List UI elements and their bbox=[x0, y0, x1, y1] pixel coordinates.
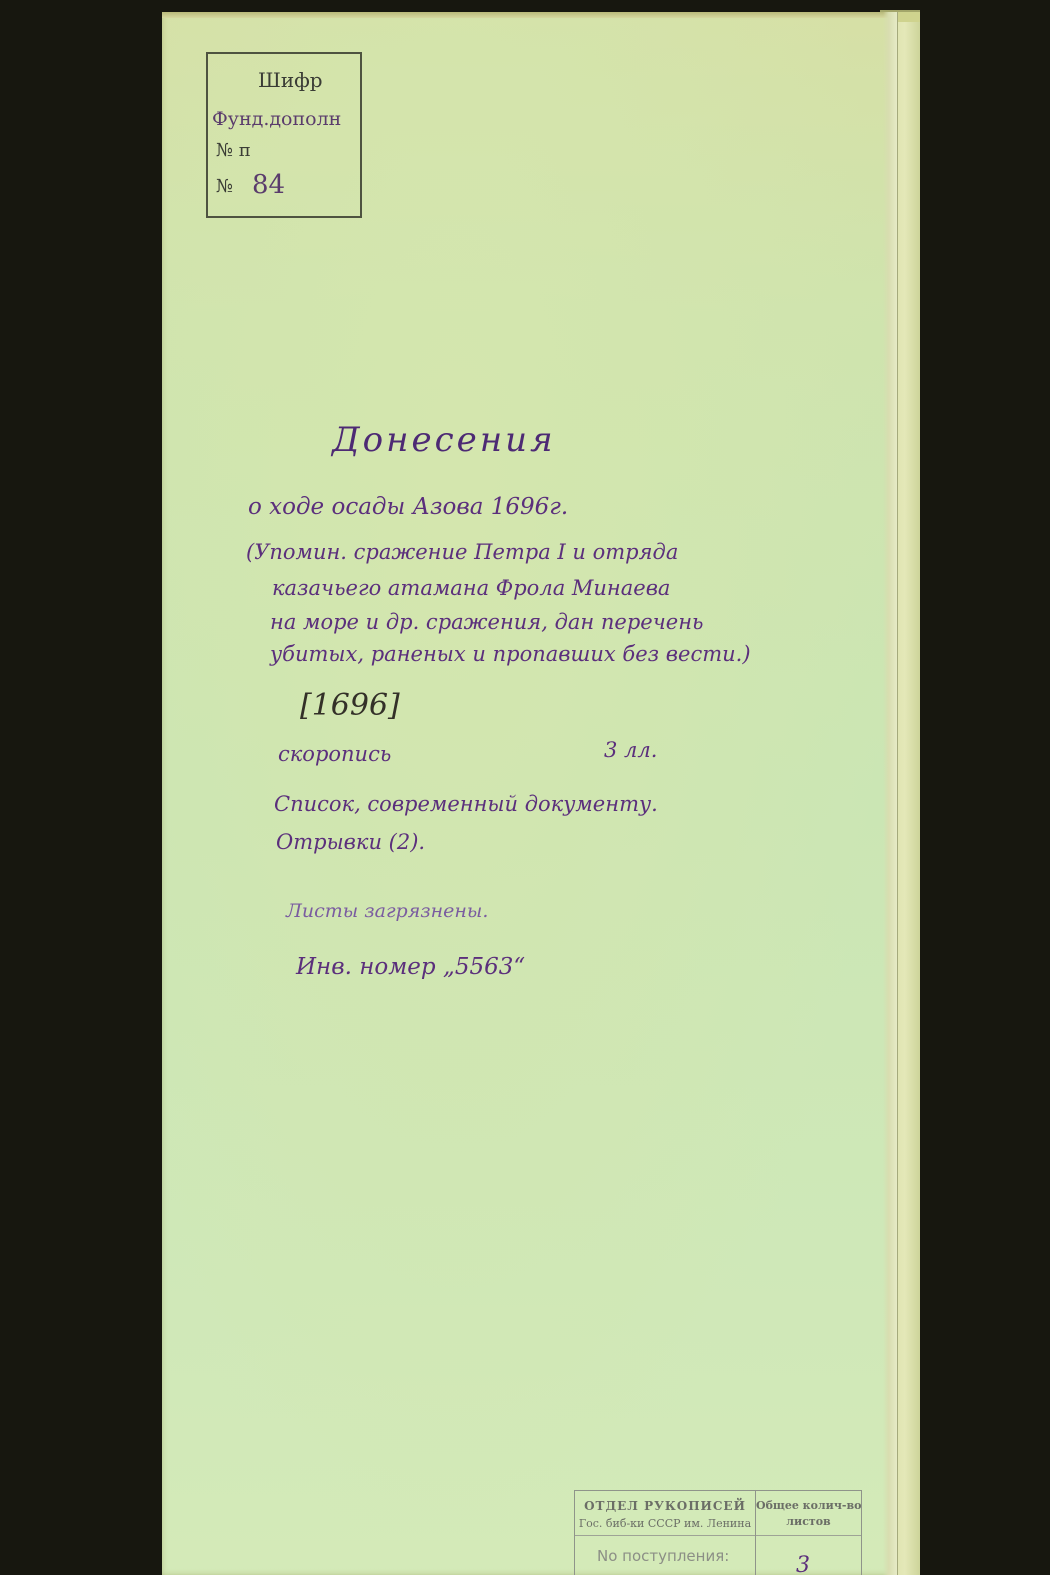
stamp-sheets-label-2: листов bbox=[756, 1515, 861, 1528]
condition-note: Листы загрязнены. bbox=[286, 900, 488, 922]
document-date: [1696] bbox=[300, 688, 400, 723]
cipher-fund: Фунд.дополн bbox=[212, 108, 341, 130]
description-line-3: на море и др. сражения, дан перечень bbox=[270, 610, 703, 634]
page-top-edge bbox=[162, 12, 898, 18]
stamp-department: ОТДЕЛ РУКОПИСЕЙ bbox=[575, 1499, 755, 1513]
stamp-sheets-label-1: Общее колич-во bbox=[756, 1499, 861, 1512]
inventory-number: Инв. номер „5563“ bbox=[296, 954, 525, 980]
sheet-count: 3 лл. bbox=[604, 738, 657, 762]
cipher-item-value: 84 bbox=[252, 170, 285, 200]
stamp-divider-right bbox=[756, 1535, 861, 1536]
cipher-collection-no: № п bbox=[216, 140, 251, 161]
fragments-note: Отрывки (2). bbox=[276, 830, 425, 854]
script-type: скоропись bbox=[278, 742, 391, 766]
cipher-box: Шифр Фунд.дополн № п № 84 bbox=[206, 52, 362, 218]
page-right-edge bbox=[883, 12, 898, 1575]
description-line-4: убитых, раненых и пропавших без вести.) bbox=[270, 642, 751, 666]
stamp-divider bbox=[575, 1535, 755, 1536]
copy-note: Список, современный документу. bbox=[274, 792, 658, 816]
cipher-item-label: № bbox=[216, 176, 233, 197]
stamp-department-column: ОТДЕЛ РУКОПИСЕЙ Гос. биб-ки СССР им. Лен… bbox=[575, 1491, 756, 1575]
description-line-2: казачьего атамана Фрола Минаева bbox=[272, 576, 670, 600]
stamp-sheets-column: Общее колич-во листов 3 bbox=[756, 1491, 861, 1575]
stamp-receipt-label: No поступления: bbox=[597, 1547, 729, 1565]
stamp-sheets-value: 3 bbox=[796, 1553, 810, 1575]
cipher-heading: Шифр bbox=[258, 68, 323, 92]
document-subtitle: о ходе осады Азова 1696г. bbox=[248, 494, 568, 520]
folder-cover: Шифр Фунд.дополн № п № 84 Донесения о хо… bbox=[162, 12, 898, 1575]
library-stamp: ОТДЕЛ РУКОПИСЕЙ Гос. биб-ки СССР им. Лен… bbox=[574, 1490, 862, 1575]
description-line-1: (Упомин. сражение Петра I и отряда bbox=[246, 540, 678, 564]
document-title: Донесения bbox=[332, 420, 556, 460]
stamp-library: Гос. биб-ки СССР им. Ленина bbox=[575, 1517, 755, 1530]
